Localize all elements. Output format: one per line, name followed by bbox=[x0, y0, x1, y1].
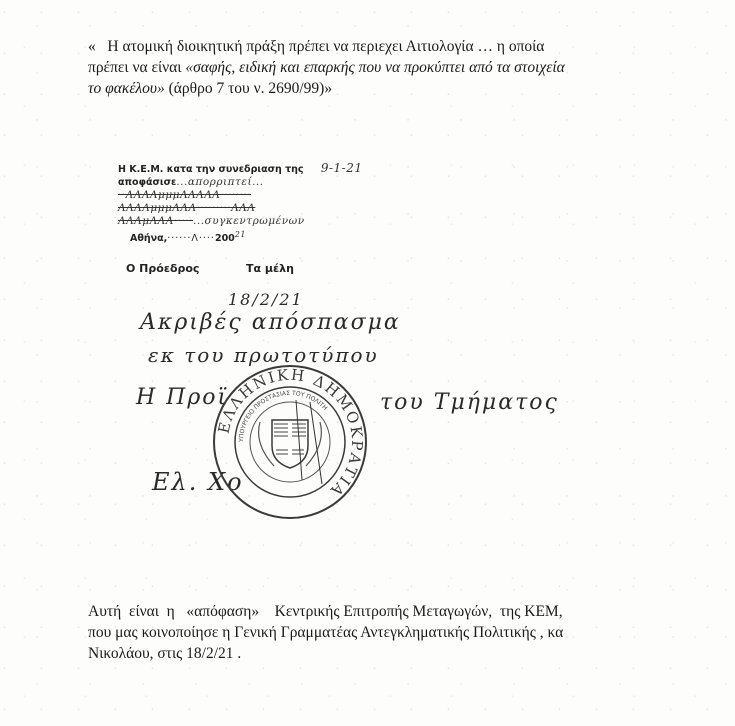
footer-paragraph: Αυτή είναι η «απόφαση» Κεντρικής Επιτροπ… bbox=[88, 601, 668, 664]
official-stamp: ΕΛΛΗΝΙΚΗ ΔΗΜΟΚΡΑΤΙΑ ΥΠΟΥΡΓΕΙΟ ΠΡΟΣΤΑΣΙΑΣ… bbox=[210, 362, 370, 522]
form-line-4: ΛΛΛΛμμμΛΛΛ·········ΛΛΛ bbox=[118, 202, 378, 215]
quote-line-3-italic: το φακέλου» bbox=[88, 80, 165, 97]
form-signature-row: Ο Πρόεδρος Τα μέλη bbox=[126, 262, 346, 275]
form-scribble-line: ΛΛΛμΛΛΛ····· bbox=[118, 215, 193, 228]
quote-line-2: πρέπει να είναι «σαφής, ειδική και επαρκ… bbox=[88, 57, 648, 78]
decision-form: Η Κ.Ε.Μ. κατα την συνεδριαση της 9-1-21 … bbox=[118, 162, 378, 245]
footer-line-3: Νικολάου, στις 18/2/21 . bbox=[88, 643, 668, 664]
quote-line-1-text: Η ατομική διοικητική πράξη πρέπει να περ… bbox=[107, 38, 544, 55]
form-line-6: Αθήνα,······Λ····20021 bbox=[118, 228, 378, 245]
form-session-date: 9-1-21 bbox=[321, 162, 363, 175]
handwritten-date: 18/2/21 bbox=[228, 290, 304, 309]
quote-line-3: το φακέλου» (άρθρο 7 του ν. 2690/99)» bbox=[88, 78, 648, 99]
form-members-label: Τα μέλη bbox=[246, 262, 294, 275]
quote-open-mark: « bbox=[88, 38, 96, 55]
handwritten-department: του Τμήματος bbox=[380, 390, 559, 415]
form-session-label: Η Κ.Ε.Μ. κατα την συνεδριαση της bbox=[118, 164, 304, 175]
form-handwritten-continuation: ...συγκεντρωμένων bbox=[193, 215, 305, 228]
footer-line-1: Αυτή είναι η «απόφαση» Κεντρικής Επιτροπ… bbox=[88, 601, 668, 622]
form-line-2: αποφάσισε...απορριπτεί... bbox=[118, 176, 378, 189]
form-line-3: ··ΛΛΛΛμμμΛΛΛΛΛ········ bbox=[118, 189, 378, 202]
quote-block: « Η ατομική διοικητική πράξη πρέπει να π… bbox=[88, 36, 648, 99]
form-line-5: ΛΛΛμΛΛΛ·····...συγκεντρωμένων bbox=[118, 215, 378, 228]
form-decided-label: αποφάσισε bbox=[118, 177, 176, 188]
form-line-1: Η Κ.Ε.Μ. κατα την συνεδριαση της 9-1-21 bbox=[118, 162, 378, 176]
footer-line-2: που μας κοινοποίησε η Γενική Γραμματέας … bbox=[88, 622, 668, 643]
form-chair-label: Ο Πρόεδρος bbox=[126, 262, 199, 275]
greek-coat-of-arms-icon: ΕΛΛΗΝΙΚΗ ΔΗΜΟΚΡΑΤΙΑ ΥΠΟΥΡΓΕΙΟ ΠΡΟΣΤΑΣΙΑΣ… bbox=[210, 362, 370, 522]
form-year-handwritten: 21 bbox=[235, 228, 246, 241]
handwritten-exact-excerpt: Ακριβές απόσπασμα bbox=[140, 310, 401, 335]
quote-line-2-italic: «σαφής, ειδική και επαρκής που να προκύπ… bbox=[185, 59, 564, 76]
form-scribble-line: ΛΛΛΛμμμΛΛΛ·········ΛΛΛ bbox=[118, 202, 255, 215]
form-scribble-line: ··ΛΛΛΛμμμΛΛΛΛΛ········ bbox=[118, 189, 251, 202]
form-place-label: Αθήνα, bbox=[130, 233, 167, 244]
form-decision-text: ...απορριπτεί... bbox=[176, 176, 263, 189]
form-year-printed: 200 bbox=[215, 233, 235, 244]
form-dots: ······Λ···· bbox=[167, 233, 215, 244]
quote-line-3-plain: (άρθρο 7 του ν. 2690/99)» bbox=[165, 80, 332, 97]
quote-line-1: « Η ατομική διοικητική πράξη πρέπει να π… bbox=[88, 36, 648, 57]
quote-line-2-plain: πρέπει να είναι bbox=[88, 59, 185, 76]
